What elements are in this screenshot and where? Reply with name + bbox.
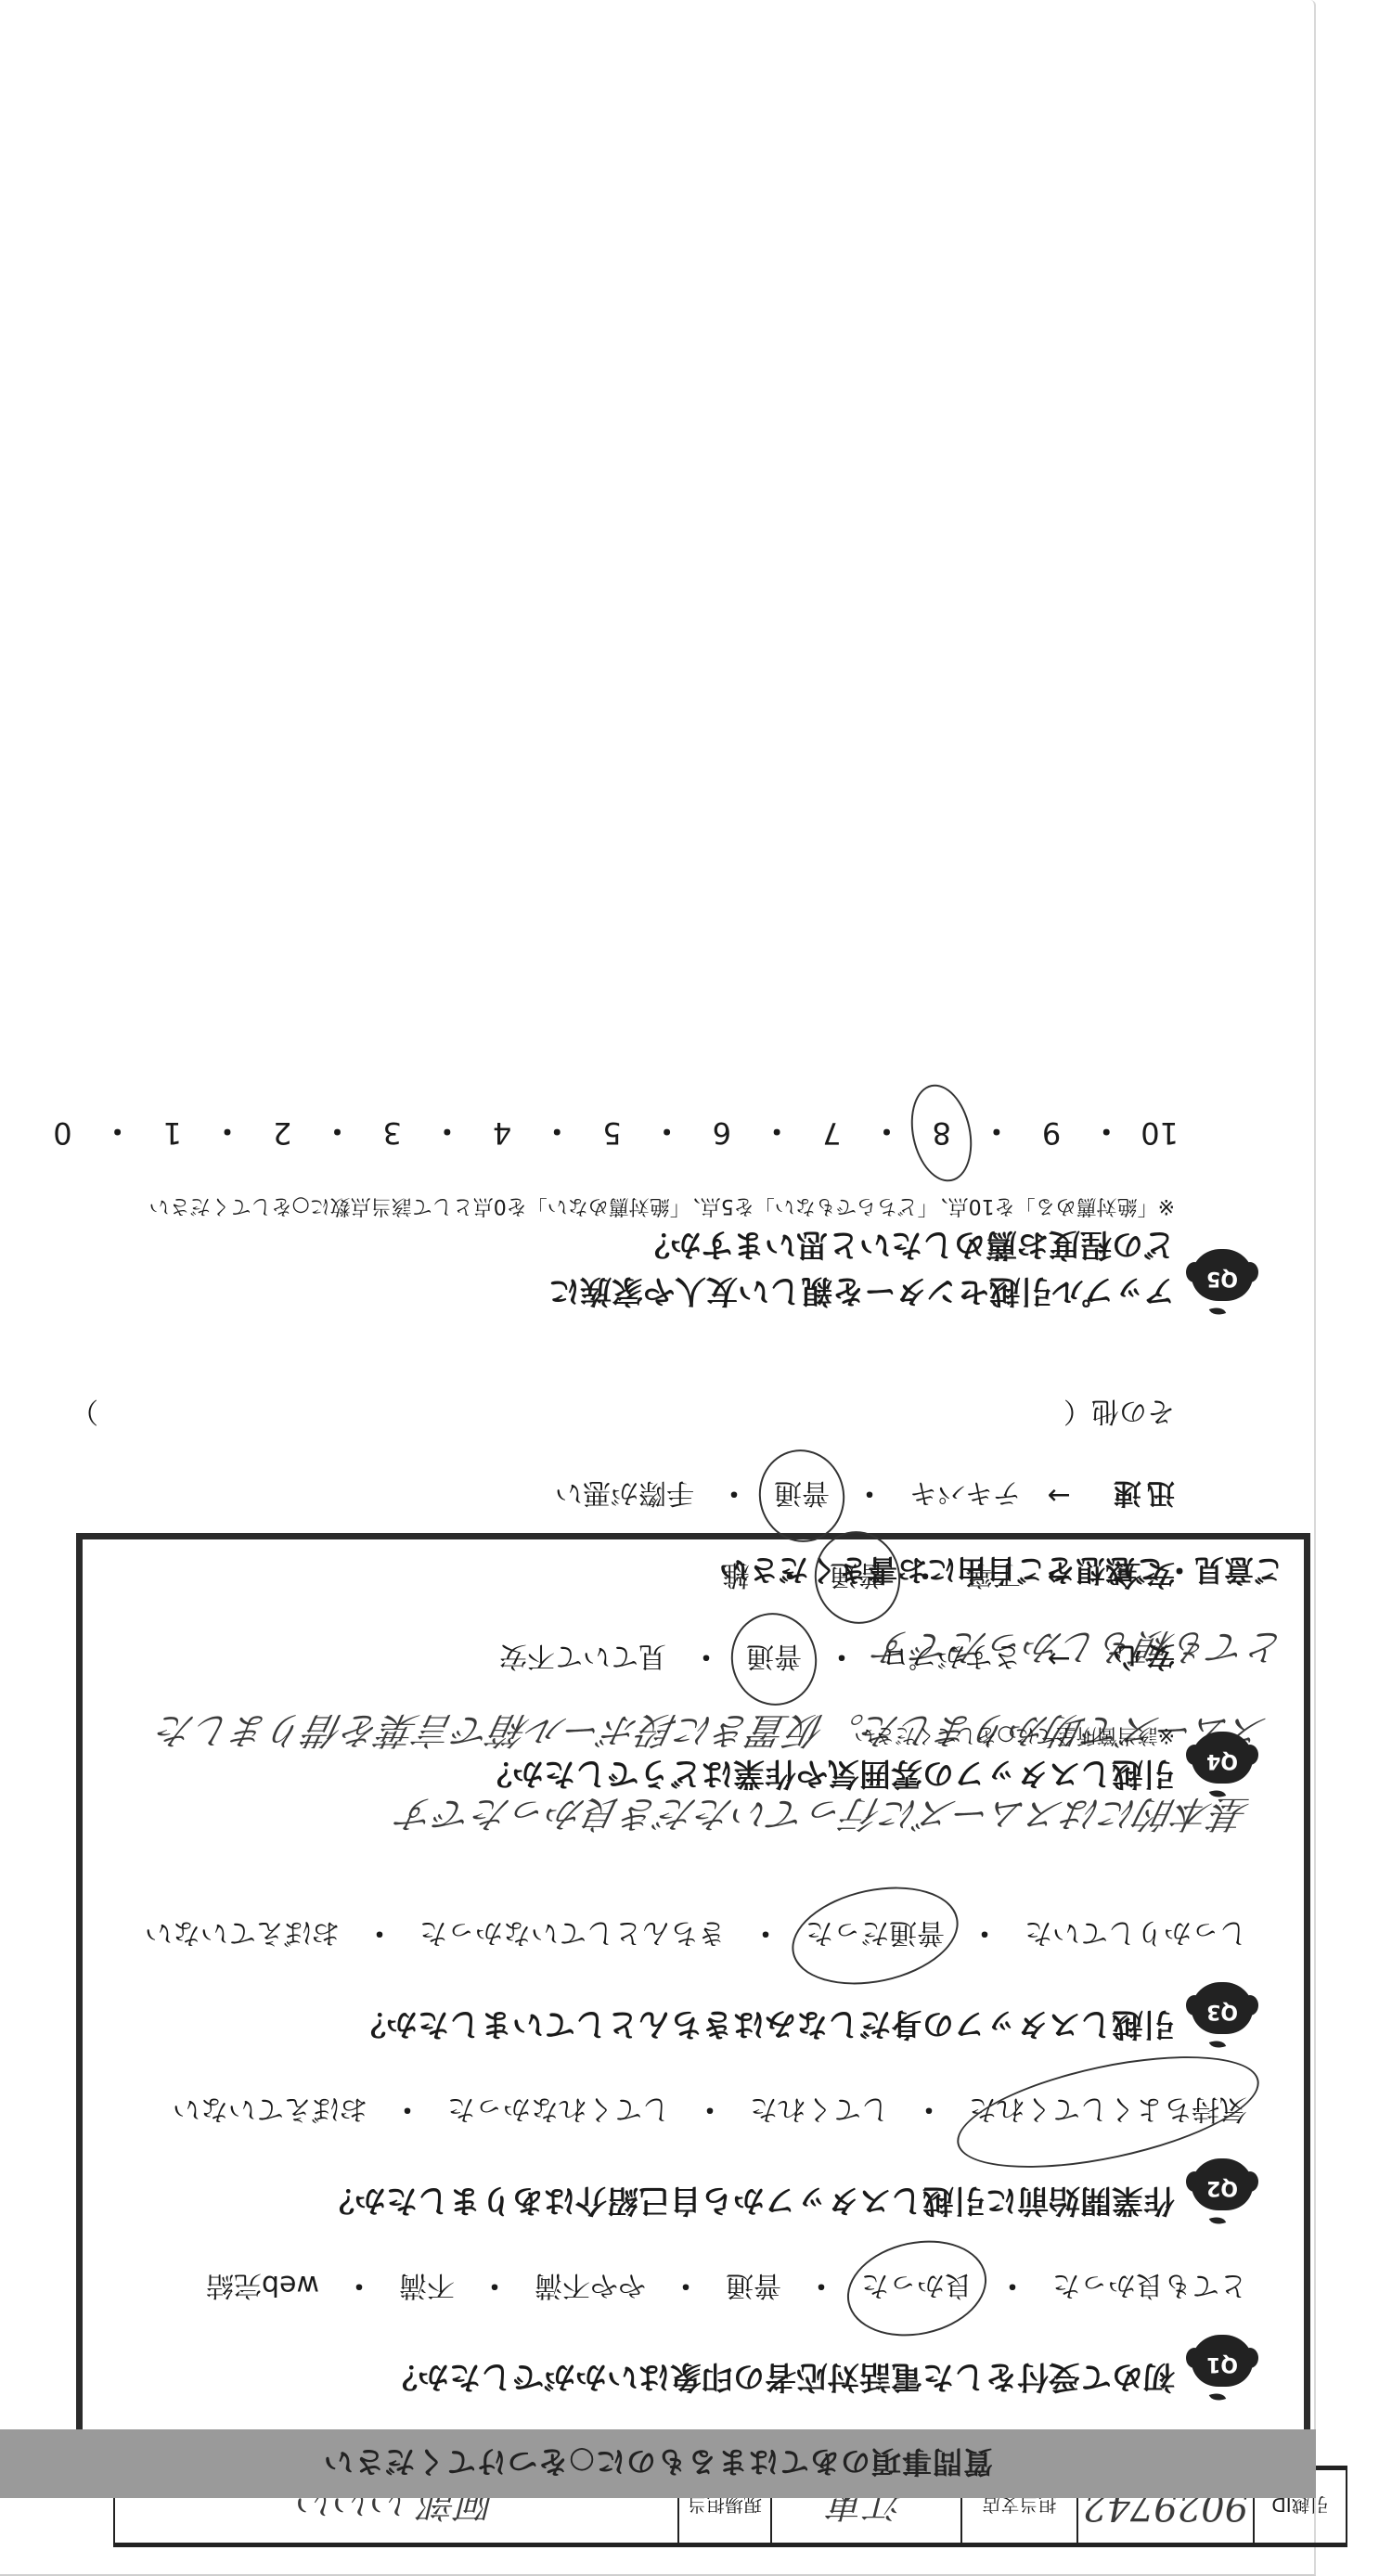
option[interactable]: 雑: [716, 1557, 755, 1598]
option[interactable]: 手際が悪い: [549, 1475, 700, 1516]
instruction-bar: 質問事項のあてはまるものに○をつけてください: [0, 2429, 1316, 2498]
option[interactable]: おぼえていない: [167, 2092, 373, 2132]
option-selected[interactable]: 普通: [768, 1475, 835, 1516]
q4-other[interactable]: その他（ ）: [71, 1394, 1175, 1435]
q5-text-line1: アップル引越センターを親しい友人や家族に: [149, 1268, 1175, 1314]
q5-note: ※「絶対薦める」を10点、「どちらでもない」を5点、「絶対薦めない」を0点として…: [149, 1191, 1175, 1219]
scale-option[interactable]: 5: [596, 1115, 628, 1151]
apple-badge-icon: Q4: [1192, 1732, 1253, 1793]
arrow-icon: →: [1026, 1643, 1091, 1676]
option-selected[interactable]: 普通だった: [800, 1915, 950, 1956]
option[interactable]: さすがプロ: [876, 1639, 1026, 1680]
question-q3: Q3 引越しスタッフの身だしなみはきちんとしていましたか？ しっかりしていた・ …: [46, 1915, 1253, 2047]
apple-badge-icon: Q3: [1192, 1982, 1253, 2043]
scale-option[interactable]: 6: [705, 1115, 738, 1151]
q3-options: しっかりしていた・ 普通だった・ きちんとしていなかった・ おぼえていない: [46, 1915, 1253, 1956]
q2-options: 気持ちよくしてくれた・ してくれた・ してくれなかった・ おぼえていない: [46, 2092, 1253, 2132]
option[interactable]: 見ていて不安: [494, 1639, 672, 1680]
q2-text: 作業開始前に引越しスタッフから自己紹介はありましたか？: [323, 2177, 1175, 2223]
option-selected[interactable]: 普通: [824, 1557, 891, 1598]
apple-badge-icon: Q5: [1192, 1249, 1253, 1310]
instruction-text: 質問事項のあてはまるものに○をつけてください: [323, 2442, 993, 2485]
survey-page: 引越ID 9029742 担当支店 江東 現場担当 阿部 いいい ご意見・ご感想…: [0, 0, 1392, 2576]
option[interactable]: しっかりしていた: [1019, 1915, 1253, 1956]
q4-row-anshin: 安心 → さすがプロ・ 普通・ 見ていて不安: [46, 1639, 1175, 1680]
question-q2: Q2 作業開始前に引越しスタッフから自己紹介はありましたか？ 気持ちよくしてくれ…: [46, 2092, 1253, 2223]
option-selected[interactable]: 良かった: [856, 2268, 978, 2309]
option[interactable]: 不満: [393, 2268, 460, 2309]
apple-badge-icon: Q2: [1192, 2158, 1253, 2220]
question-q4: Q4 引越しスタッフの雰囲気や作業はどうでしたか？ ※該当箇所全てに○をしてくだ…: [46, 1394, 1253, 1797]
q4-row-anzen: 安全 → 丁寧・ 普通・ 雑: [46, 1557, 1175, 1598]
q4-note: ※該当箇所全てに○をしてください: [481, 1720, 1175, 1748]
question-q1: Q1 初めて受付をした電話対応者の印象はいかがでしたか？ とても良かった・ 良か…: [46, 2268, 1253, 2400]
option[interactable]: おぼえていない: [139, 1915, 345, 1956]
option[interactable]: web完結: [200, 2268, 325, 2309]
option[interactable]: とても良かった: [1047, 2268, 1253, 2309]
q1-text: 初めて受付をした電話対応者の印象はいかがでしたか？: [386, 2353, 1175, 2400]
scale-option[interactable]: 4: [486, 1115, 519, 1151]
option[interactable]: テキパキ: [904, 1475, 1026, 1516]
option[interactable]: 普通: [720, 2268, 787, 2309]
scale-option[interactable]: 1: [156, 1115, 188, 1151]
option[interactable]: きちんとしていなかった: [414, 1915, 731, 1956]
arrow-icon: →: [1026, 1480, 1091, 1513]
option-selected[interactable]: 普通: [741, 1639, 807, 1680]
apple-badge-icon: Q1: [1192, 2335, 1253, 2396]
q4-row-jinsoku: 迅速 → テキパキ・ 普通・ 手際が悪い: [46, 1475, 1175, 1516]
option[interactable]: してくれなかった: [442, 2092, 676, 2132]
arrow-icon: →: [1026, 1562, 1091, 1594]
scale-option[interactable]: 10: [1145, 1115, 1179, 1151]
scale-option[interactable]: 0: [46, 1115, 79, 1151]
q1-options: とても良かった・ 良かった・ 普通・ やや不満・ 不満・ web完結: [46, 2268, 1253, 2309]
option[interactable]: してくれた: [744, 2092, 895, 2132]
option-selected[interactable]: 気持ちよくしてくれた: [963, 2092, 1253, 2132]
option[interactable]: 丁寧: [960, 1557, 1026, 1598]
q3-text: 引越しスタッフの身だしなみはきちんとしていましたか？: [354, 2001, 1175, 2047]
scale-option[interactable]: 3: [376, 1115, 408, 1151]
scale-option-selected[interactable]: 8: [925, 1115, 958, 1151]
q4-text: 引越しスタッフの雰囲気や作業はどうでしたか？: [481, 1750, 1175, 1797]
scale-option[interactable]: 7: [816, 1115, 848, 1151]
q5-scale: 10・ 9・ 8・ 7・ 6・ 5・ 4・ 3・ 2・ 1・ 0: [46, 1112, 1179, 1154]
scale-option[interactable]: 9: [1036, 1115, 1068, 1151]
option[interactable]: やや不満: [529, 2268, 651, 2309]
question-q5: Q5 アップル引越センターを親しい友人や家族に どの程度お薦めしたいと思いますか…: [46, 1112, 1253, 1314]
scale-option[interactable]: 2: [266, 1115, 299, 1151]
q5-text-line2: どの程度お薦めしたいと思いますか？: [149, 1221, 1175, 1268]
